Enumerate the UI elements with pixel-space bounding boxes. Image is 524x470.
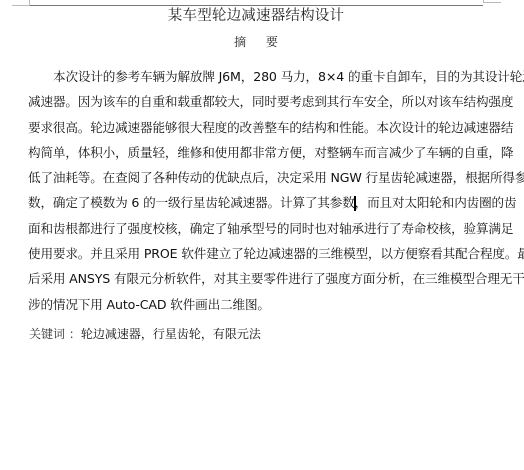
- abstract-line-6: 数，确定了模数为 6 的一级行星齿轮减速器。计算了其参数，而且对太阳轮和内齿圈的…: [28, 190, 484, 215]
- abstract-line-6-before-cursor: 数，确定了模数为 6 的一级行星齿轮减速器。计算了其参数: [28, 195, 355, 210]
- abstract-line-8: 使用要求。并且采用 PROE 软件建立了轮边减速器的三维模型，以方便察看其配合程…: [28, 241, 484, 266]
- abstract-line-4: 构简单，体积小，质量轻，维修和使用都非常方便，对整辆车而言减少了车辆的自重，降: [28, 140, 484, 165]
- keywords-values: 轮边减速器，行星齿轮，有限元法: [81, 327, 261, 341]
- abstract-line-3: 要求很高。轮边减速器能够很大程度的改善整车的结构和性能。本次设计的轮边减速器结: [28, 115, 484, 140]
- page-corner-mark-right: [483, 0, 501, 3]
- abstract-heading: 摘 要: [0, 34, 512, 50]
- abstract-heading-char-1: 摘: [234, 34, 246, 50]
- abstract-line-6-after-cursor: ，而且对太阳轮和内齿圈的齿: [355, 195, 517, 210]
- abstract-line-7: 面和齿根都进行了强度校核，确定了轴承型号的同时也对轴承进行了寿命校核，验算满足: [28, 216, 484, 241]
- abstract-line-9: 后采用 ANSYS 有限元分析软件，对其主要零件进行了强度方面分析，在三维模型合…: [28, 266, 484, 291]
- keywords-line: 关键词 ：轮边减速器，行星齿轮，有限元法: [29, 326, 261, 342]
- abstract-line-2: 减速器。因为该车的自重和载重都较大，同时要考虑到其行车安全，所以对该车结构强度: [28, 89, 484, 114]
- abstract-line-5: 低了油耗等。在查阅了各种传动的优缺点后，决定采用 NGW 行星齿轮减速器，根据所…: [28, 165, 484, 190]
- abstract-line-1: 本次设计的参考车辆为解放牌 J6M，280 马力，8×4 的重卡自卸车，目的为其…: [28, 64, 484, 89]
- abstract-line-10: 涉的情况下用 Auto-CAD 软件画出二维图。: [28, 292, 484, 317]
- abstract-heading-char-2: 要: [266, 34, 278, 50]
- abstract-body[interactable]: 本次设计的参考车辆为解放牌 J6M，280 马力，8×4 的重卡自卸车，目的为其…: [28, 64, 484, 317]
- keywords-label: 关键词 ：: [29, 327, 81, 341]
- document-title: 某车型轮边减速器结构设计: [0, 6, 512, 26]
